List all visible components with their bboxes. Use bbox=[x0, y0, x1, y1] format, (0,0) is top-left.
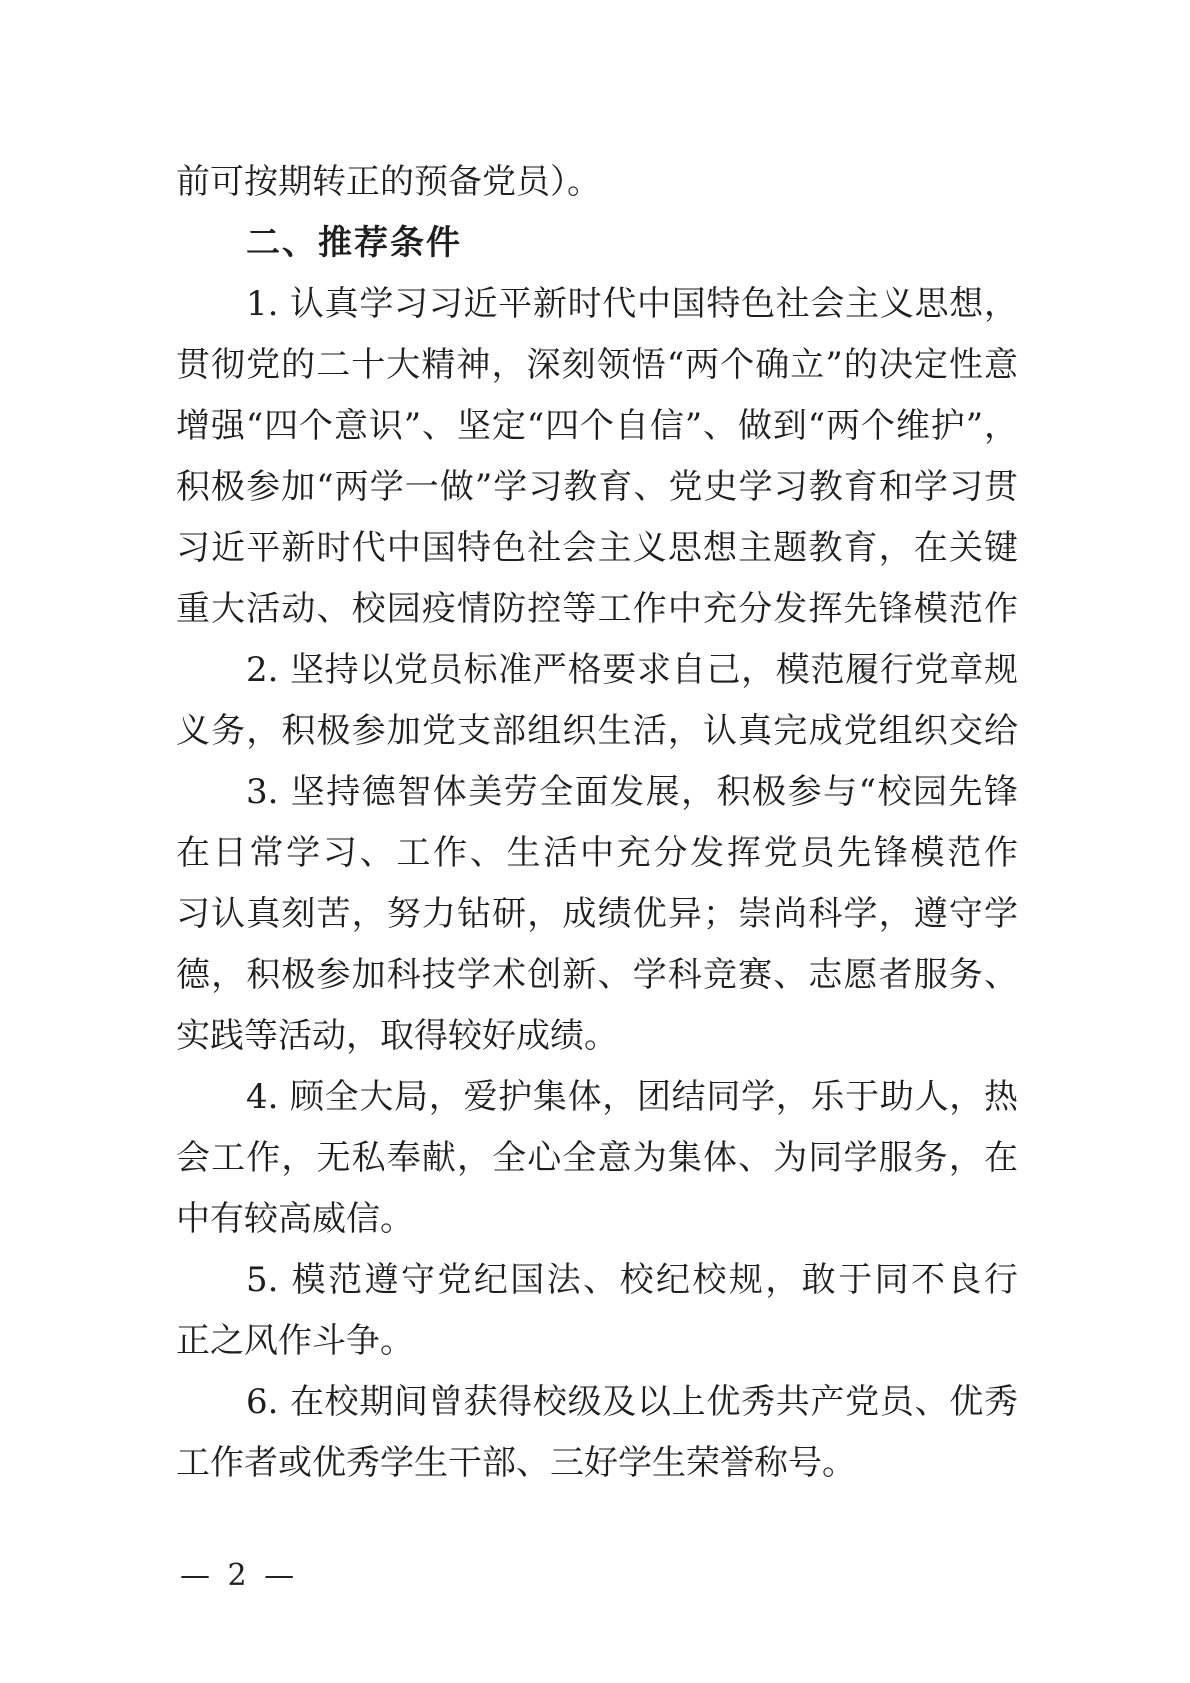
item2-line2: 义务，积极参加党支部组织生活，认真完成党组织交给的任务。 bbox=[176, 701, 1018, 762]
item6-line1: 6. 在校期间曾获得校级及以上优秀共产党员、优秀党务 bbox=[176, 1372, 1018, 1433]
item1-line3: 增强“四个意识”、坚定“四个自信”、做到“两个维护”， bbox=[176, 396, 1018, 457]
document-body: 前可按期转正的预备党员）。 二、推荐条件 1. 认真学习习近平新时代中国特色社会… bbox=[176, 152, 1018, 1494]
item3-line2: 在日常学习、工作、生活中充分发挥党员先锋模范作用；学 bbox=[176, 823, 1018, 884]
item4-line1: 4. 顾全大局，爱护集体，团结同学，乐于助人，热心社 bbox=[176, 1067, 1018, 1128]
item4-line2: 会工作，无私奉献，全心全意为集体、为同学服务，在学生 bbox=[176, 1128, 1018, 1189]
item3-line1: 3. 坚持德智体美劳全面发展，积极参与“校园先锋工程”， bbox=[176, 762, 1018, 823]
item3-line4: 德，积极参加科技学术创新、学科竞赛、志愿者服务、社会 bbox=[176, 945, 1018, 1006]
item1-line5: 习近平新时代中国特色社会主义思想主题教育，在关键时刻、 bbox=[176, 518, 1018, 579]
page-number: — 2 — bbox=[180, 1556, 298, 1596]
item5-line1: 5. 模范遵守党纪国法、校纪校规，敢于同不良行为、不 bbox=[176, 1250, 1018, 1311]
document-page: 前可按期转正的预备党员）。 二、推荐条件 1. 认真学习习近平新时代中国特色社会… bbox=[0, 0, 1190, 1683]
item2-line1: 2. 坚持以党员标准严格要求自己，模范履行党章规定的 bbox=[176, 640, 1018, 701]
item4-line3: 中有较高威信。 bbox=[176, 1189, 1018, 1250]
item3-line5: 实践等活动，取得较好成绩。 bbox=[176, 1006, 1018, 1067]
item1-line6: 重大活动、校园疫情防控等工作中充分发挥先锋模范作用。 bbox=[176, 579, 1018, 640]
item1-line4: 积极参加“两学一做”学习教育、党史学习教育和学习贯彻 bbox=[176, 457, 1018, 518]
item1-line2: 贯彻党的二十大精神，深刻领悟“两个确立”的决定性意义， bbox=[176, 335, 1018, 396]
item6-line2: 工作者或优秀学生干部、三好学生荣誉称号。 bbox=[176, 1433, 1018, 1494]
section-heading: 二、推荐条件 bbox=[176, 213, 1018, 274]
item3-line3: 习认真刻苦，努力钻研，成绩优异；崇尚科学，遵守学术道 bbox=[176, 884, 1018, 945]
item5-line2: 正之风作斗争。 bbox=[176, 1311, 1018, 1372]
paragraph-continuation-line: 前可按期转正的预备党员）。 bbox=[176, 152, 1018, 213]
item1-line1: 1. 认真学习习近平新时代中国特色社会主义思想，学习 bbox=[176, 274, 1018, 335]
